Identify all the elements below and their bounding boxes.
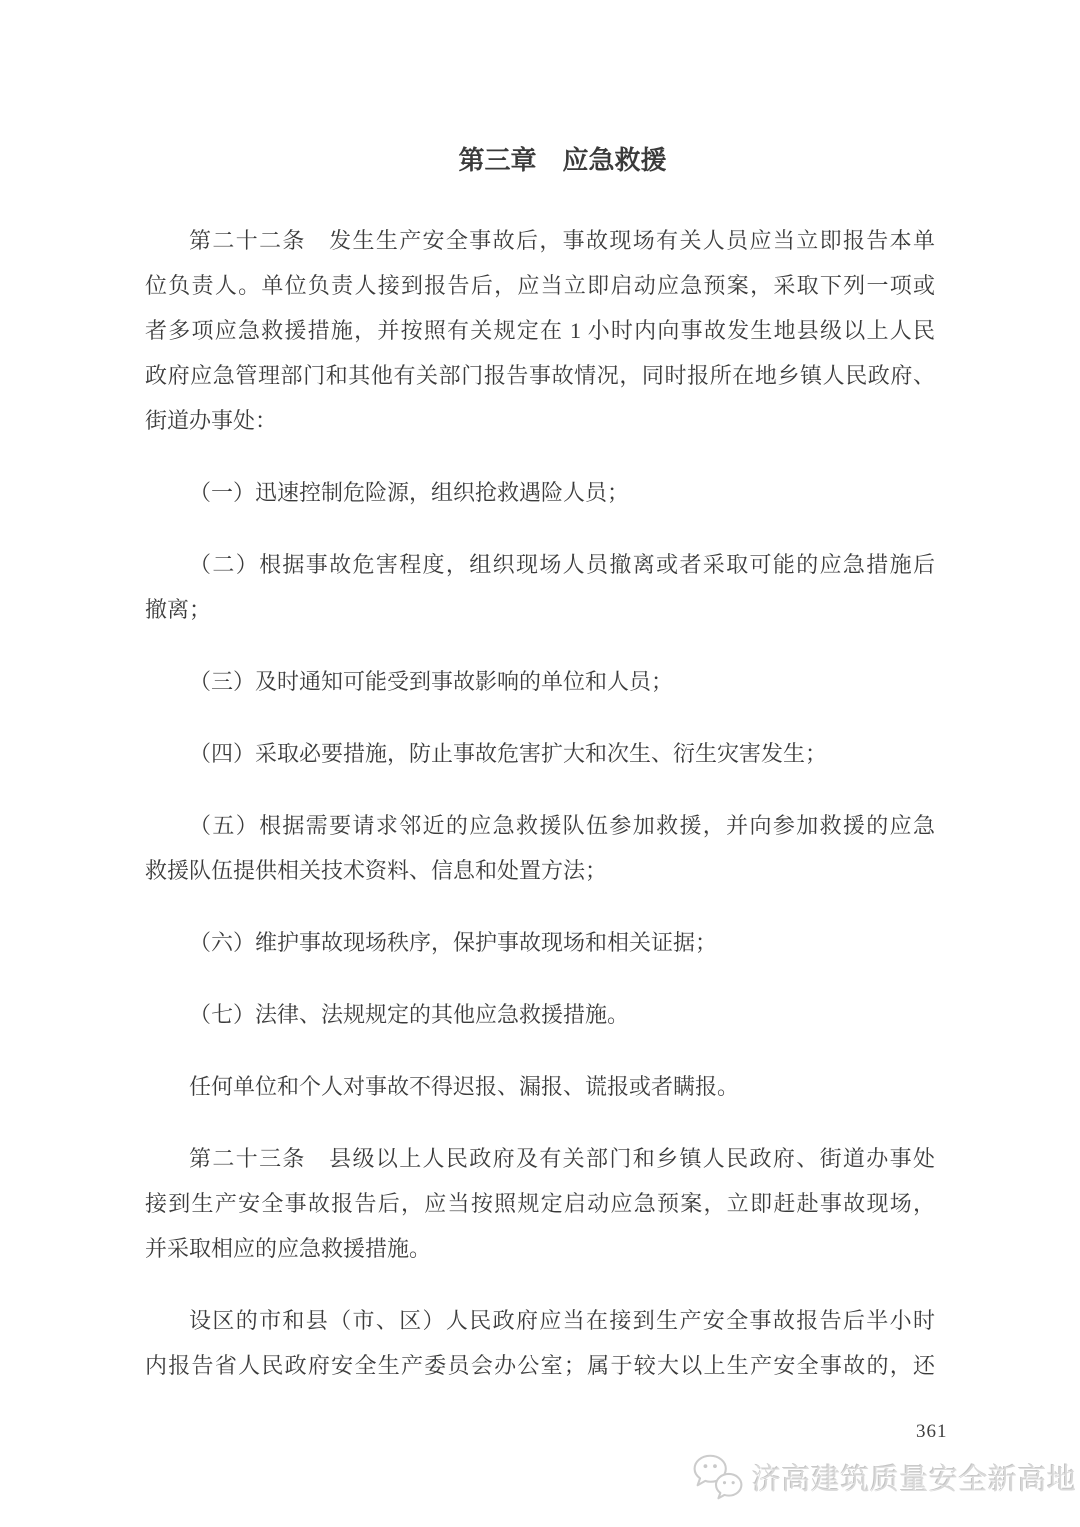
paragraph: （三）及时通知可能受到事故影响的单位和人员；: [145, 659, 935, 704]
text-line: （五）根据需要请求邻近的应急救援队伍参加救援，并向参加救援的应急: [145, 803, 935, 848]
paragraph: （七）法律、法规规定的其他应急救援措施。: [145, 992, 935, 1037]
paragraph: 设区的市和县（市、区）人民政府应当在接到生产安全事故报告后半小时内报告省人民政府…: [145, 1298, 935, 1388]
paragraph: 第二十三条 县级以上人民政府及有关部门和乡镇人民政府、街道办事处接到生产安全事故…: [145, 1136, 935, 1271]
text-line: （三）及时通知可能受到事故影响的单位和人员；: [145, 659, 935, 704]
paragraph: 任何单位和个人对事故不得迟报、漏报、谎报或者瞒报。: [145, 1064, 935, 1109]
text-line: （四）采取必要措施，防止事故危害扩大和次生、衍生灾害发生；: [145, 731, 935, 776]
paragraph: （二）根据事故危害程度，组织现场人员撤离或者采取可能的应急措施后撤离；: [145, 542, 935, 632]
text-line: 内报告省人民政府安全生产委员会办公室；属于较大以上生产安全事故的，还: [145, 1343, 935, 1388]
paragraph: 第二十二条 发生生产安全事故后，事故现场有关人员应当立即报告本单位负责人。单位负…: [145, 218, 935, 443]
text-line: 第二十二条 发生生产安全事故后，事故现场有关人员应当立即报告本单: [145, 218, 935, 263]
watermark-text: 济高建筑质量安全新高地: [752, 1457, 1077, 1498]
paragraph: （四）采取必要措施，防止事故危害扩大和次生、衍生灾害发生；: [145, 731, 935, 776]
text-line: 撤离；: [145, 587, 935, 632]
text-line: （六）维护事故现场秩序，保护事故现场和相关证据；: [145, 920, 935, 965]
text-line: （一）迅速控制危险源，组织抢救遇险人员；: [145, 470, 935, 515]
paragraph: （五）根据需要请求邻近的应急救援队伍参加救援，并向参加救援的应急救援队伍提供相关…: [145, 803, 935, 893]
text-line: 者多项应急救援措施，并按照有关规定在 1 小时内向事故发生地县级以上人民: [145, 308, 935, 353]
text-line: 救援队伍提供相关技术资料、信息和处置方法；: [145, 848, 935, 893]
page-number: 361: [916, 1421, 948, 1443]
document-body: 第二十二条 发生生产安全事故后，事故现场有关人员应当立即报告本单位负责人。单位负…: [145, 218, 935, 1388]
chapter-title: 第三章 应急救援: [0, 138, 1080, 183]
text-line: 接到生产安全事故报告后，应当按照规定启动应急预案，立即赶赴事故现场，: [145, 1181, 935, 1226]
watermark: 济高建筑质量安全新高地: [692, 1450, 1077, 1504]
paragraph: （六）维护事故现场秩序，保护事故现场和相关证据；: [145, 920, 935, 965]
text-line: 政府应急管理部门和其他有关部门报告事故情况，同时报所在地乡镇人民政府、: [145, 353, 935, 398]
text-line: 位负责人。单位负责人接到报告后，应当立即启动应急预案，采取下列一项或: [145, 263, 935, 308]
text-line: 任何单位和个人对事故不得迟报、漏报、谎报或者瞒报。: [145, 1064, 935, 1109]
wechat-icon: [692, 1450, 744, 1504]
text-line: 街道办事处：: [145, 398, 935, 443]
text-line: （二）根据事故危害程度，组织现场人员撤离或者采取可能的应急措施后: [145, 542, 935, 587]
text-line: （七）法律、法规规定的其他应急救援措施。: [145, 992, 935, 1037]
text-line: 第二十三条 县级以上人民政府及有关部门和乡镇人民政府、街道办事处: [145, 1136, 935, 1181]
text-line: 设区的市和县（市、区）人民政府应当在接到生产安全事故报告后半小时: [145, 1298, 935, 1343]
text-line: 并采取相应的应急救援措施。: [145, 1226, 935, 1271]
paragraph: （一）迅速控制危险源，组织抢救遇险人员；: [145, 470, 935, 515]
document-page: 第三章 应急救援 第二十二条 发生生产安全事故后，事故现场有关人员应当立即报告本…: [0, 0, 1080, 1527]
